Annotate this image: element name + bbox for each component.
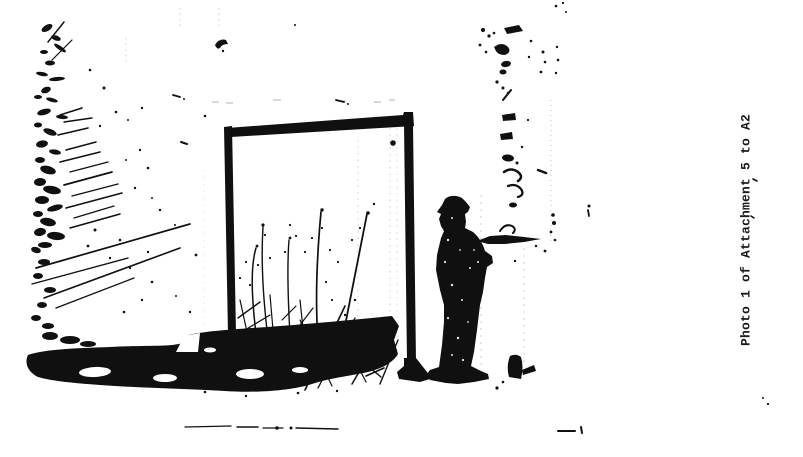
photo-caption: Photo 1 of Attachment 5 to A2 bbox=[739, 114, 754, 346]
frame-left-post bbox=[224, 126, 236, 334]
bottom-dash-marks bbox=[185, 426, 582, 433]
frame-top-bar bbox=[227, 112, 414, 137]
ledge-bar bbox=[477, 235, 541, 244]
photo-illustration bbox=[0, 0, 803, 457]
top-center-mark bbox=[215, 40, 228, 49]
standing-man bbox=[426, 196, 499, 390]
ground-debris bbox=[26, 306, 399, 397]
marked-post-blotches bbox=[479, 2, 591, 253]
scan-artifact-lines bbox=[126, 8, 551, 368]
frame-right-post bbox=[404, 124, 416, 362]
left-tree-branches bbox=[30, 22, 197, 347]
man-silhouette bbox=[426, 196, 493, 384]
pedestal-base bbox=[508, 355, 523, 379]
frame-right-post-foot bbox=[397, 358, 430, 382]
scanned-page: Photo 1 of Attachment 5 to A2 bbox=[0, 0, 803, 457]
